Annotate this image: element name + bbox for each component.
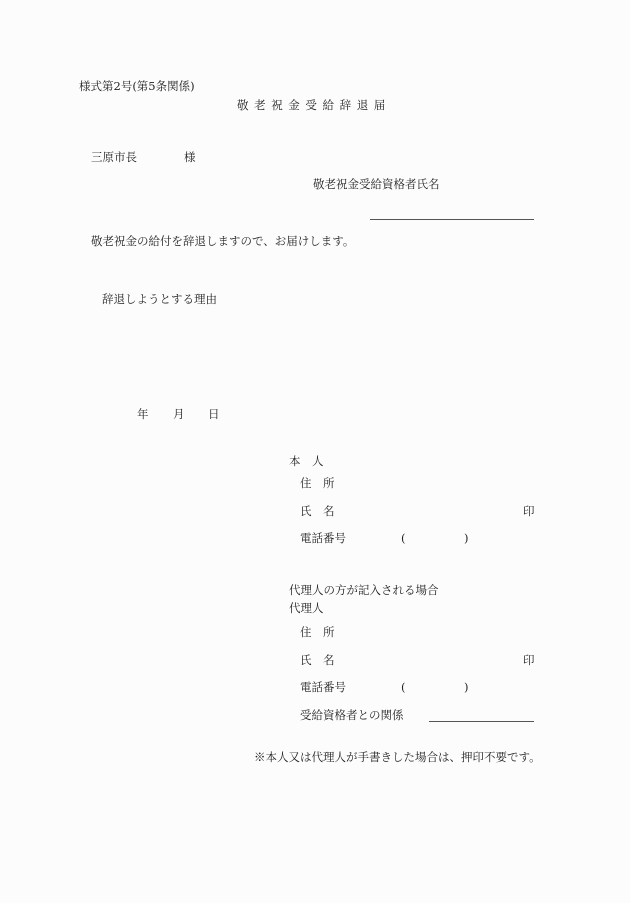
form-title: 敬老祝金受給辞退届 bbox=[237, 100, 391, 112]
applicant-name-label: 敬老祝金受給資格者氏名 bbox=[313, 179, 440, 191]
date-year-label: 年 bbox=[137, 409, 149, 421]
self-seal-mark: 印 bbox=[523, 506, 535, 518]
proxy-address-label: 住 所 bbox=[300, 627, 335, 639]
addressee: 三原市長 bbox=[91, 152, 137, 164]
proxy-relation-label: 受給資格者との関係 bbox=[300, 710, 404, 722]
footnote: ※本人又は代理人が手書きした場合は、押印不要です。 bbox=[254, 752, 541, 764]
self-name-label: 氏 名 bbox=[300, 506, 335, 518]
reason-label: 辞退しようとする理由 bbox=[102, 294, 217, 306]
honorific: 様 bbox=[184, 152, 196, 164]
form-number: 様式第2号(第5条関係) bbox=[79, 81, 195, 93]
date-day-label: 日 bbox=[208, 409, 220, 421]
proxy-seal-mark: 印 bbox=[523, 655, 535, 667]
self-phone-close-paren: ) bbox=[464, 533, 469, 545]
applicant-name-line[interactable] bbox=[370, 219, 534, 220]
self-phone-open-paren: ( bbox=[401, 533, 406, 545]
reason-field[interactable] bbox=[102, 310, 534, 400]
proxy-note: 代理人の方が記入される場合 bbox=[289, 585, 439, 597]
proxy-relation-line[interactable] bbox=[429, 721, 534, 722]
proxy-name-label: 氏 名 bbox=[300, 655, 335, 667]
proxy-phone-label: 電話番号 bbox=[300, 682, 346, 694]
proxy-phone-close-paren: ) bbox=[464, 682, 469, 694]
date-month-label: 月 bbox=[173, 409, 185, 421]
proxy-phone-open-paren: ( bbox=[401, 682, 406, 694]
self-heading: 本 人 bbox=[289, 456, 324, 468]
self-address-label: 住 所 bbox=[300, 478, 335, 490]
self-phone-label: 電話番号 bbox=[300, 533, 346, 545]
statement: 敬老祝金の給付を辞退しますので、お届けします。 bbox=[91, 236, 354, 248]
proxy-heading: 代理人 bbox=[289, 603, 324, 615]
